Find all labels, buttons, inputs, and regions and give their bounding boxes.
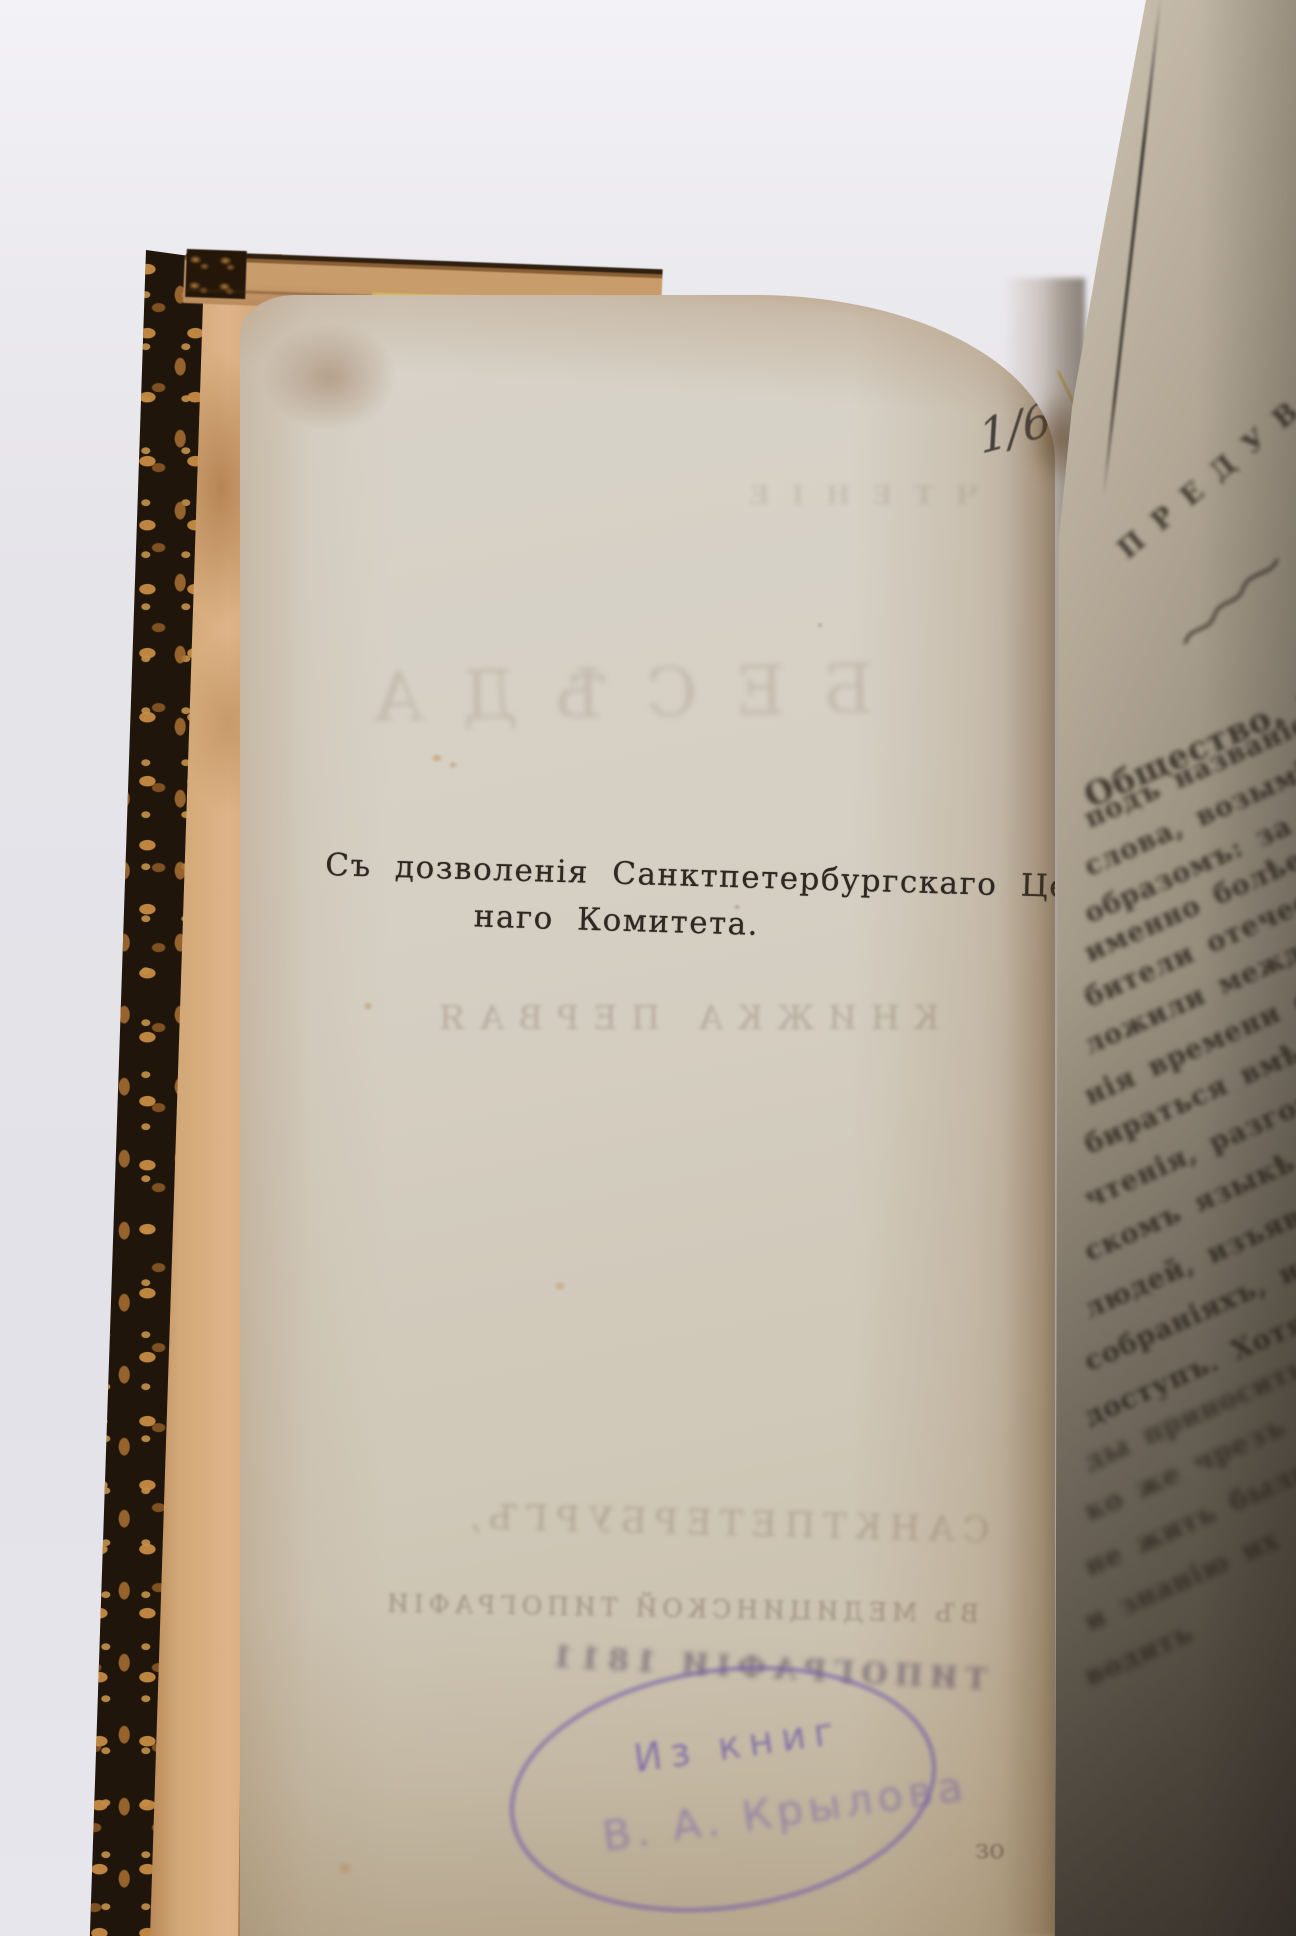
flourish-rule	[1169, 539, 1296, 655]
showthrough-printer-line: ВЪ МЕДИЦИНСКОЙ ТИПОГРАФІИ	[382, 1589, 979, 1628]
showthrough-city-line: САНКТПЕТЕРБУРГЪ,	[462, 1497, 990, 1551]
right-page-heading-fragment: ПРЕДУВѢ	[1112, 359, 1296, 566]
right-page: ПРЕДУВѢ Общество, уч подъ названіемъ об …	[1050, 0, 1296, 1936]
left-page: ЧТЕНІЕ БЕСѢДА КНИЖКА ПЕРВАЯ Съ дозволені…	[240, 295, 1055, 1936]
faint-corner-mark: зо	[975, 1835, 1005, 1865]
showthrough-title: БЕСѢДА	[334, 650, 874, 738]
page-fold-edge-line	[1102, 0, 1162, 497]
showthrough-issue-line: КНИЖКА ПЕРВАЯ	[425, 998, 939, 1037]
photo-of-open-antique-book: ЧТЕНІЕ БЕСѢДА КНИЖКА ПЕРВАЯ Съ дозволені…	[0, 0, 1296, 1936]
showthrough-title-fragment: ЧТЕНІЕ	[728, 481, 979, 511]
stamp-line-1: Из книг	[631, 1708, 844, 1781]
censorship-imprimatur: Съ дозволенія Санктпетербургскаго Цензур…	[323, 842, 1055, 961]
